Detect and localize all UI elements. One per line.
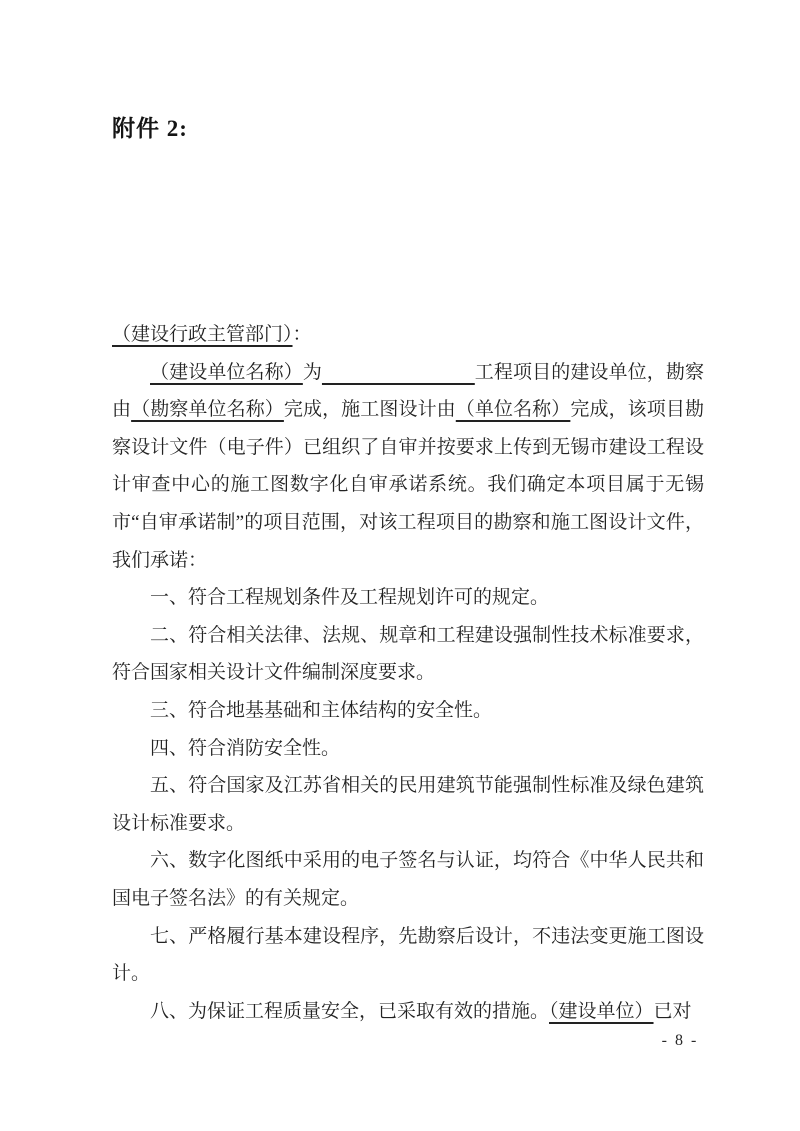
text-run: 六、数字化图纸中采用的电子签名与认证，均符合《中华人民共和国电子签名法》的有关规… — [112, 850, 704, 909]
document-page: 附件 2: （建设行政主管部门）：（建设单位名称）为 工程项目的建设单位，勘察由… — [0, 0, 800, 1131]
underlined-field: （建设单位） — [549, 1001, 654, 1022]
paragraph-item-7: 七、严格履行基本建设程序，先勘察后设计，不违法变更施工图设计。 — [112, 918, 704, 993]
text-run: 一、符合工程规划条件及工程规划许可的规定。 — [150, 587, 549, 608]
paragraph-salutation: （建设行政主管部门）： — [112, 316, 704, 354]
text-run: 五、符合国家及江苏省相关的民用建筑节能强制性标准及绿色建筑设计标准要求。 — [112, 775, 704, 834]
fill-in-blank — [322, 362, 475, 383]
document-body: （建设行政主管部门）：（建设单位名称）为 工程项目的建设单位，勘察由（勘察单位名… — [112, 316, 704, 1030]
underlined-field: （单位名称） — [456, 399, 571, 420]
text-run: 完成，施工图设计由 — [284, 399, 456, 420]
paragraphs: （建设行政主管部门）：（建设单位名称）为 工程项目的建设单位，勘察由（勘察单位名… — [112, 316, 704, 1030]
underlined-field: （勘察单位名称） — [131, 399, 284, 420]
paragraph-item-1: 一、符合工程规划条件及工程规划许可的规定。 — [112, 579, 704, 617]
text-run: 完成，该项目勘察设计文件（电子件）已组织了自审并按要求上传到无锡市建设工程设计审… — [112, 399, 704, 570]
paragraph-item-8: 八、为保证工程质量安全，已采取有效的措施。（建设单位）已对 — [112, 993, 704, 1031]
paragraph-opening-statement: （建设单位名称）为 工程项目的建设单位，勘察由（勘察单位名称）完成，施工图设计由… — [112, 354, 704, 580]
paragraph-item-5: 五、符合国家及江苏省相关的民用建筑节能强制性标准及绿色建筑设计标准要求。 — [112, 767, 704, 842]
underlined-field: （建设单位名称） — [150, 362, 303, 383]
page-number: - 8 - — [640, 1032, 720, 1050]
text-run: 八、为保证工程质量安全，已采取有效的措施。 — [150, 1001, 549, 1022]
underlined-field: （建设行政主管部门） — [112, 324, 293, 345]
text-run: ： — [293, 324, 312, 345]
attachment-label: 附件 2: — [112, 110, 188, 143]
paragraph-item-2: 二、符合相关法律、法规、规章和工程建设强制性技术标准要求，符合国家相关设计文件编… — [112, 617, 704, 692]
text-run: 已对 — [654, 1001, 692, 1022]
paragraph-item-6: 六、数字化图纸中采用的电子签名与认证，均符合《中华人民共和国电子签名法》的有关规… — [112, 842, 704, 917]
text-run: 七、严格履行基本建设程序，先勘察后设计，不违法变更施工图设计。 — [112, 926, 704, 985]
text-run: 二、符合相关法律、法规、规章和工程建设强制性技术标准要求，符合国家相关设计文件编… — [112, 625, 704, 684]
paragraph-item-3: 三、符合地基基础和主体结构的安全性。 — [112, 692, 704, 730]
text-run: 为 — [303, 362, 322, 383]
text-run: 三、符合地基基础和主体结构的安全性。 — [150, 700, 492, 721]
paragraph-item-4: 四、符合消防安全性。 — [112, 730, 704, 768]
text-run: 四、符合消防安全性。 — [150, 738, 340, 759]
